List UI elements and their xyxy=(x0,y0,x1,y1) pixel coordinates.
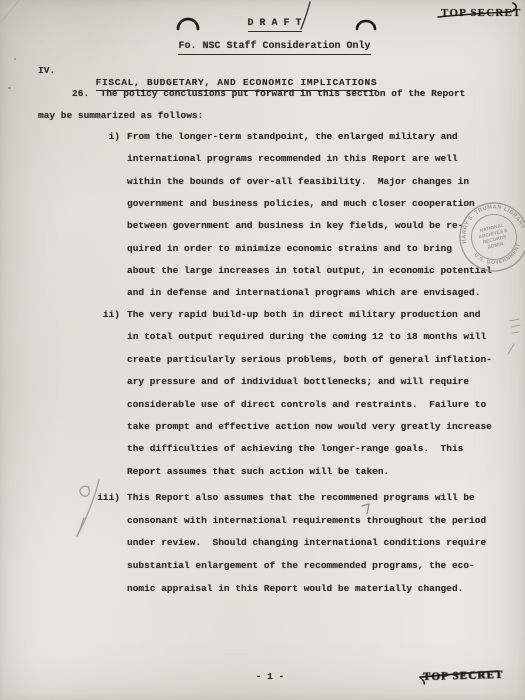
body-line: considerable use of direct controls and … xyxy=(127,399,486,411)
page-number: - 1 - xyxy=(240,671,300,683)
pencil-margin-annotation xyxy=(72,478,108,540)
top-secret-stamp-bottom: TOP SECRET xyxy=(423,665,504,685)
body-line: and in defense and international program… xyxy=(127,287,480,299)
list-marker-i: i) xyxy=(80,131,120,143)
body-line: From the longer-term standpoint, the enl… xyxy=(127,131,458,143)
body-line: international programs recommended in th… xyxy=(127,153,458,165)
body-line: the difficulties of achieving the longer… xyxy=(127,443,463,455)
paragraph-line: may be summarized as follows: xyxy=(38,110,203,122)
body-line: take prompt and effective action now wou… xyxy=(127,421,492,433)
body-line: Report assumes that such action will be … xyxy=(127,466,389,478)
paragraph-line: 26. The policy conclusions put forward i… xyxy=(72,88,465,100)
body-line: nomic appraisal in this Report would be … xyxy=(127,583,463,595)
body-line: consonant with international requirement… xyxy=(127,515,486,527)
body-line: ary pressure and of individual bottlenec… xyxy=(127,376,469,388)
list-marker-ii: ii) xyxy=(80,309,120,321)
body-line: under review. Should changing internatio… xyxy=(127,537,486,549)
strikethrough-pen-mark xyxy=(418,663,507,689)
body-line: within the bounds of over-all feasibilit… xyxy=(127,176,469,188)
pen-slash-mark xyxy=(298,1,314,31)
paper-speck xyxy=(8,87,11,89)
body-line: create particularly serious problems, bo… xyxy=(127,354,492,366)
body-line: in total output required during the comi… xyxy=(127,331,486,343)
document-subtitle-text: Fo. NSC Staff Consideration Only xyxy=(178,41,370,55)
document-subtitle: Fo. NSC Staff Consideration Only xyxy=(0,29,525,65)
body-line: The very rapid build-up both in direct m… xyxy=(127,309,480,321)
handwritten-caret-mark xyxy=(360,502,374,516)
body-line: between government and business in key f… xyxy=(127,220,463,232)
body-line: This Report also assumes that the recomm… xyxy=(127,492,475,504)
pencil-edge-marks xyxy=(506,318,524,358)
document-page: TOP SECRET D R A F T Fo. NSC Staff Consi… xyxy=(0,0,525,700)
body-line: quired in order to minimize economic str… xyxy=(127,243,452,255)
truman-library-stamp: HARRY S. TRUMAN LIBRARY U.S. GOVERNMENT … xyxy=(456,199,525,275)
section-number: IV. xyxy=(38,65,55,77)
body-line: substantial enlargement of the recommend… xyxy=(127,560,475,572)
body-line: about the large increases in total outpu… xyxy=(127,265,492,277)
body-line: government and business policies, and mu… xyxy=(127,198,475,210)
